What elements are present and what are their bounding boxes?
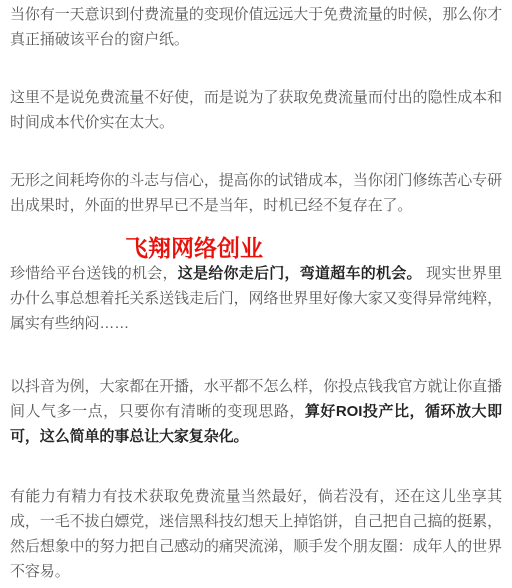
paragraph-3: 无形之间耗垮你的斗志与信心，提高你的试错成本，当你闭门修练苦心专研出成果时，外面… bbox=[10, 168, 502, 218]
paragraph-6-text: 有能力有精力有技术获取免费流量当然最好，倘若没有，还在这儿坐享其成，一毛不拔白嫖… bbox=[10, 488, 502, 580]
paragraph-1: 当你有一天意识到付费流量的变现价值远远大于免费流量的时候，那么你才真正捅破该平台… bbox=[10, 2, 502, 52]
paragraph-6: 有能力有精力有技术获取免费流量当然最好，倘若没有，还在这儿坐享其成，一毛不拔白嫖… bbox=[10, 484, 502, 584]
paragraph-4-text-bold: 这是给你走后门，弯道超车的机会。 bbox=[178, 265, 422, 282]
paragraph-1-text: 当你有一天意识到付费流量的变现价值远远大于免费流量的时候，那么你才真正捅破该平台… bbox=[10, 6, 502, 48]
paragraph-2: 这里不是说免费流量不好使，而是说为了获取免费流量而付出的隐性成本和时间成本代价实… bbox=[10, 85, 502, 135]
watermark-text: 飞翔网络创业 bbox=[10, 235, 502, 261]
paragraph-4-text-regular: 珍惜给平台送钱的机会， bbox=[10, 265, 178, 282]
paragraph-3-text: 无形之间耗垮你的斗志与信心，提高你的试错成本，当你闭门修练苦心专研出成果时，外面… bbox=[10, 172, 502, 214]
paragraph-5: 以抖音为例，大家都在开播，水平都不怎么样，你投点钱我官方就让你直播间人气多一点，… bbox=[10, 374, 502, 449]
paragraph-4: 珍惜给平台送钱的机会，这是给你走后门，弯道超车的机会。 现实世界里办什么事总想着… bbox=[10, 261, 502, 336]
paragraph-2-text: 这里不是说免费流量不好使，而是说为了获取免费流量而付出的隐性成本和时间成本代价实… bbox=[10, 89, 502, 131]
article-body: 当你有一天意识到付费流量的变现价值远远大于免费流量的时候，那么你才真正捅破该平台… bbox=[10, 2, 502, 584]
